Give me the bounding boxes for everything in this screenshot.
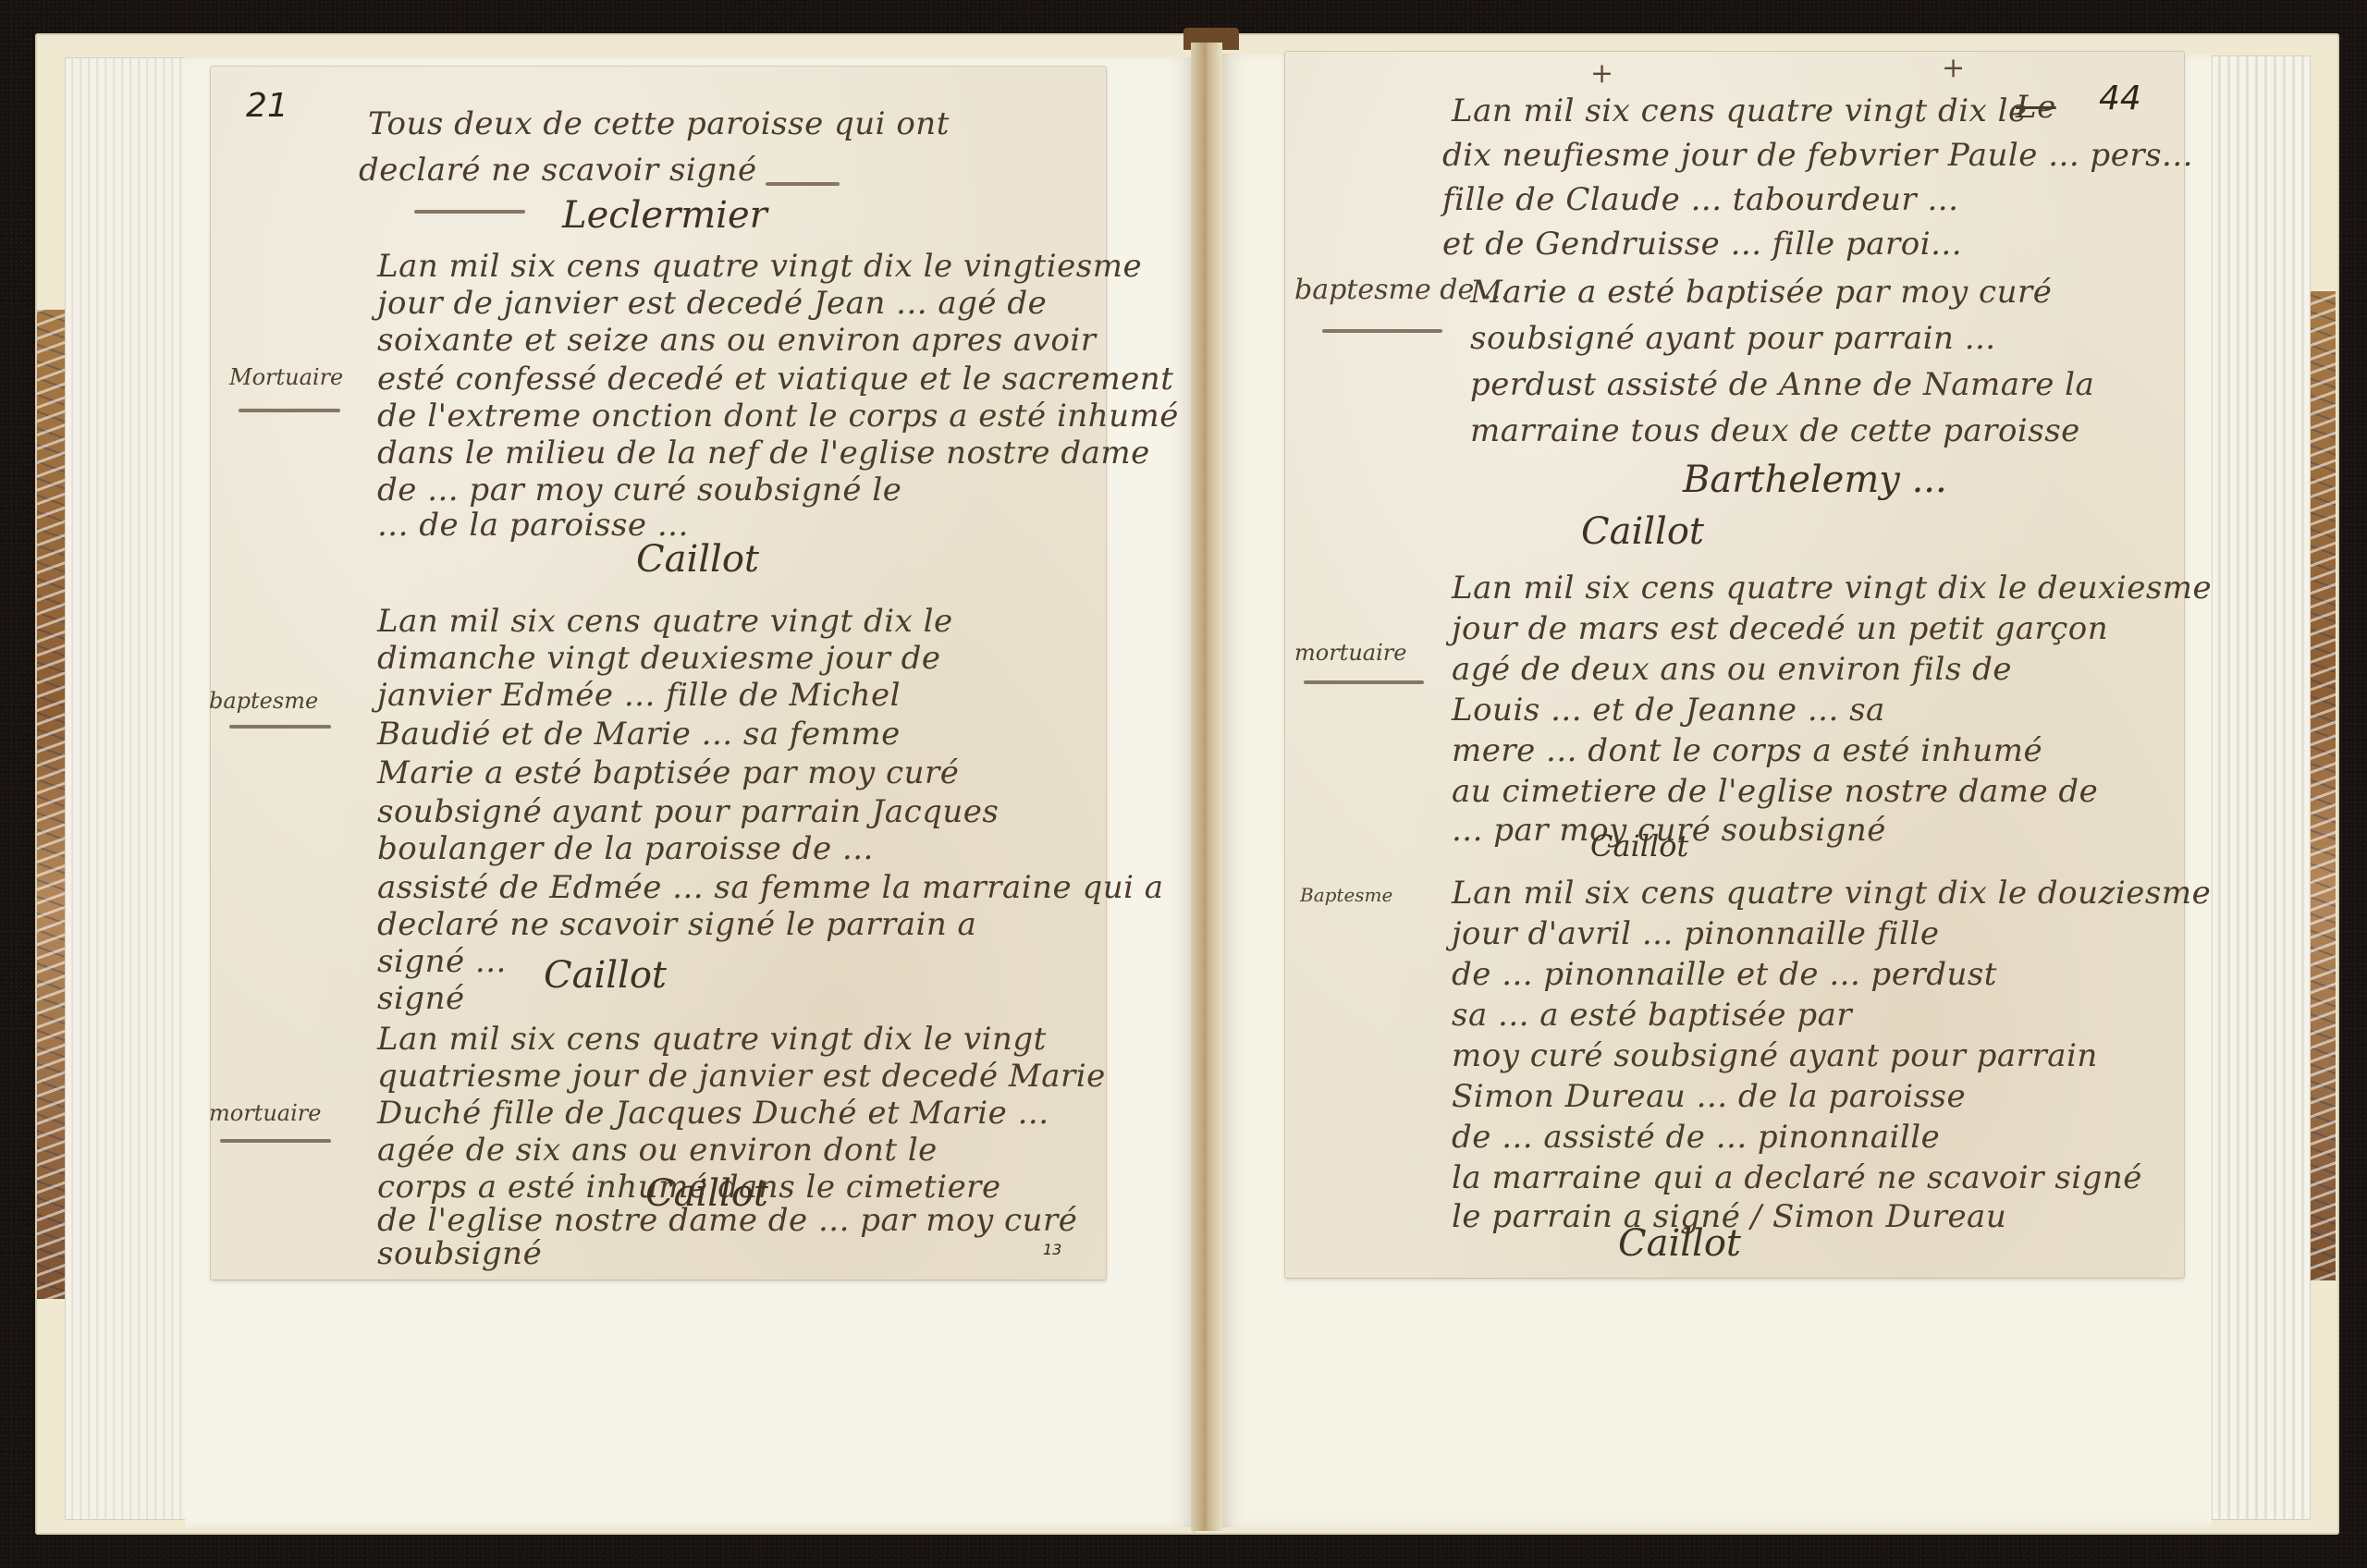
manuscript-leaf-left: 21 Tous deux de cette paroisse qui ont d…: [211, 67, 1106, 1280]
flourish-stroke: [766, 182, 840, 186]
text-line: jour de janvier est decedé Jean ... agé …: [377, 285, 1047, 322]
text-line: mere ... dont le corps a esté inhumé: [1452, 732, 2042, 769]
page-stack-right: [2212, 55, 2311, 1520]
text-line: jour d'avril ... pinonnaille fille: [1452, 915, 1940, 952]
margin-note: Mortuaire: [229, 364, 343, 390]
text-line: jour de mars est decedé un petit garçon: [1452, 610, 2108, 647]
text-line: Lan mil six cens quatre vingt dix le deu…: [1452, 570, 2212, 606]
text-line: Marie a esté baptisée par moy curé: [1470, 274, 2052, 311]
margin-stroke: [229, 725, 331, 729]
margin-note: mortuaire: [1294, 640, 1406, 666]
text-line: marraine tous deux de cette paroisse: [1470, 412, 2080, 449]
text-line: dimanche vingt deuxiesme jour de: [377, 640, 941, 677]
cross-mark: +: [1590, 57, 1613, 90]
margin-note: baptesme: [209, 688, 318, 714]
page-stack-left: [65, 57, 196, 1520]
signature: Caillot: [1590, 828, 1688, 864]
signature: Leclermier: [562, 194, 767, 237]
text-line: janvier Edmée ... fille de Michel: [377, 677, 901, 714]
book-gutter: [1191, 43, 1222, 1531]
text-line: boulanger de la paroisse de ...: [377, 830, 874, 867]
text-line: Lan mil six cens quatre vingt dix le dou…: [1452, 875, 2211, 912]
text-line: quatriesme jour de janvier est decedé Ma…: [377, 1058, 1106, 1095]
text-line: soixante et seize ans ou environ apres a…: [377, 322, 1096, 359]
text-line: Lan mil six cens quatre vingt dix le: [377, 603, 953, 640]
text-line: Lan mil six cens quatre vingt dix le vin…: [377, 248, 1142, 285]
text-line: de l'extreme onction dont le corps a est…: [377, 398, 1179, 435]
text-line: signé: [377, 980, 465, 1017]
folio-number: 44: [2099, 80, 2141, 117]
text-line: declaré ne scavoir signé: [359, 152, 757, 189]
text-line: assisté de Edmée ... sa femme la marrain…: [377, 869, 1164, 906]
margin-stroke: [220, 1139, 331, 1143]
signature: Caillot: [1618, 1222, 1741, 1265]
margin-note: Baptesme: [1300, 884, 1392, 906]
signature: Caillot: [1581, 510, 1704, 553]
text-line: Louis ... et de Jeanne ... sa: [1452, 692, 1885, 729]
text-line: Lan mil six cens quatre vingt dix le: [1452, 92, 2028, 129]
text-line: Lan mil six cens quatre vingt dix le vin…: [377, 1021, 1047, 1058]
margin-stroke: [1322, 329, 1442, 333]
text-line: au cimetiere de l'eglise nostre dame de: [1452, 773, 2098, 810]
manuscript-leaf-right: + + Le 44 Lan mil six cens quatre vingt …: [1285, 52, 2184, 1278]
text-line: soubsigné ayant pour parrain Jacques: [377, 793, 999, 830]
text-line: sa ... a esté baptisée par: [1452, 997, 1852, 1034]
margin-stroke: [239, 409, 340, 412]
text-line: fille de Claude ... tabourdeur ...: [1442, 181, 1958, 218]
text-line: Tous deux de cette paroisse qui ont: [368, 105, 950, 142]
text-line: Baudié et de Marie ... sa femme: [377, 716, 901, 753]
text-line: signé ...: [377, 943, 507, 980]
text-line: et de Gendruisse ... fille paroi...: [1442, 226, 1962, 263]
cross-mark: +: [1942, 52, 1965, 84]
text-line: dans le milieu de la nef de l'eglise nos…: [377, 435, 1150, 472]
leaf-mark: 13: [1043, 1241, 1061, 1258]
text-line: la marraine qui a declaré ne scavoir sig…: [1452, 1159, 2142, 1196]
signature: Caillot: [645, 1172, 768, 1215]
text-line: declaré ne scavoir signé le parrain a: [377, 906, 976, 943]
text-line: de ... pinonnaille et de ... perdust: [1452, 956, 1997, 993]
signature: Caillot: [544, 954, 667, 997]
text-line: perdust assisté de Anne de Namare la: [1470, 366, 2094, 403]
text-line: moy curé soubsigné ayant pour parrain: [1452, 1037, 2098, 1074]
signature: Barthelemy ...: [1683, 459, 1947, 501]
text-line: soubsigné: [377, 1235, 542, 1272]
margin-note: mortuaire: [209, 1100, 321, 1126]
text-line: de ... par moy curé soubsigné le: [377, 472, 901, 508]
signature: Caillot: [636, 538, 759, 581]
margin-note: baptesme de ...: [1294, 274, 1509, 306]
text-line: agée de six ans ou environ dont le: [377, 1132, 938, 1169]
text-line: agé de deux ans ou environ fils de: [1452, 651, 2012, 688]
margin-stroke: [1304, 680, 1424, 684]
text-line: dix neufiesme jour de febvrier Paule ...…: [1442, 137, 2193, 174]
flourish-stroke: [414, 210, 525, 214]
marbled-endpaper-left: [37, 310, 65, 1299]
text-line: Duché fille de Jacques Duché et Marie ..…: [377, 1095, 1049, 1132]
text-line: Marie a esté baptisée par moy curé: [377, 754, 959, 791]
text-line: de ... assisté de ... pinonnaille: [1452, 1119, 1940, 1156]
folio-number: 21: [246, 87, 288, 125]
text-line: esté confessé decedé et viatique et le s…: [377, 361, 1173, 398]
text-line: Simon Dureau ... de la paroisse: [1452, 1078, 1966, 1115]
text-line: soubsigné ayant pour parrain ...: [1470, 320, 1996, 357]
